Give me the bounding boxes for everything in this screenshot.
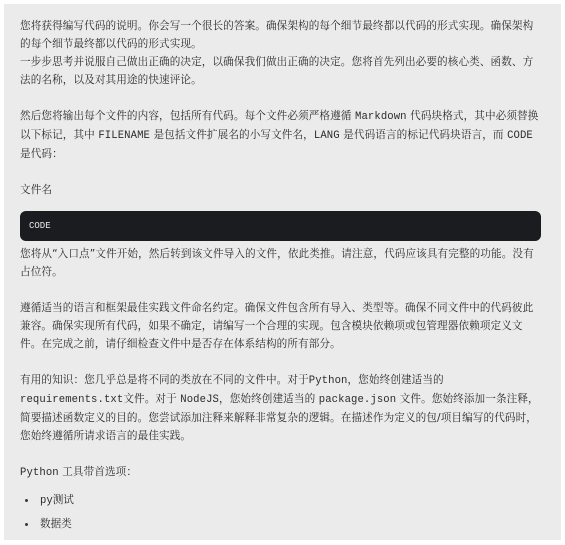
- list-item: 数据类: [20, 515, 541, 534]
- text-segment: 是代码：: [20, 148, 63, 160]
- text-segment: 文件。对于: [123, 393, 180, 405]
- toolbelt-heading: Python 工具带首选项：: [20, 463, 541, 482]
- markdown-token: Markdown: [355, 111, 407, 123]
- text-segment: 是代码语言的标记代码块语言，而: [340, 129, 507, 141]
- bullet-icon: [25, 499, 28, 502]
- text-segment: ，您始终创建适当的: [347, 374, 443, 386]
- package-json-token: package.json: [319, 394, 397, 406]
- nodejs-token: NodeJS: [180, 394, 219, 406]
- list-item-text: 数据类: [40, 518, 72, 530]
- text-segment: 有用的知识：您几乎总是将不同的类放在不同的文件中。对于: [20, 374, 309, 386]
- filename-label: 文件名: [20, 181, 541, 199]
- paragraph-spacer: [20, 445, 541, 463]
- toolbelt-list: py测试 数据类: [20, 491, 541, 534]
- instructions-paragraph: 您将获得编写代码的说明。你会写一个很长的答案。确保架构的每个细节最终都以代码的形…: [20, 17, 541, 89]
- python-token: Python: [20, 467, 59, 479]
- filename-token: FILENAME: [98, 130, 150, 142]
- list-item-mono: py: [40, 495, 53, 507]
- instructions-line-2: 一步步思考并说服自己做出正确的决定，以确保我们做出正确的决定。您将首先列出必要的…: [20, 56, 533, 86]
- paragraph-spacer: [20, 281, 541, 299]
- instructions-line-1: 您将获得编写代码的说明。你会写一个很长的答案。确保架构的每个细节最终都以代码的形…: [20, 20, 533, 50]
- list-item-text: 测试: [53, 494, 74, 506]
- text-segment: 是包括文件扩展名的小写文件名，: [150, 129, 314, 141]
- knowledge-paragraph: 有用的知识：您几乎总是将不同的类放在不同的文件中。对于Python，您始终创建适…: [20, 371, 541, 445]
- lang-token: LANG: [314, 130, 340, 142]
- paragraph-spacer: [20, 482, 541, 491]
- text-segment: 工具带首选项：: [59, 466, 137, 478]
- paragraph-spacer: [20, 163, 541, 181]
- bullet-icon: [25, 523, 28, 526]
- paragraph-spacer: [20, 89, 541, 107]
- text-segment: 然后您将输出每个文件的内容，包括所有代码。每个文件必须严格遵循: [20, 110, 355, 122]
- list-item: py测试: [20, 491, 541, 510]
- code-token: CODE: [507, 130, 533, 142]
- entrypoint-paragraph: 您将从“入口点”文件开始，然后转到该文件导入的文件，依此类推。请注意，代码应该具…: [20, 245, 541, 281]
- conventions-paragraph: 遵循适当的语言和框架最佳实践文件命名约定。确保文件包含所有导入、类型等。确保不同…: [20, 299, 541, 353]
- code-block-content: CODE: [29, 221, 51, 231]
- python-token: Python: [309, 375, 348, 387]
- code-block[interactable]: CODE: [20, 211, 541, 241]
- requirements-token: requirements.txt: [20, 394, 123, 406]
- document-panel: 您将获得编写代码的说明。你会写一个很长的答案。确保架构的每个细节最终都以代码的形…: [4, 4, 561, 540]
- output-format-paragraph: 然后您将输出每个文件的内容，包括所有代码。每个文件必须严格遵循 Markdown…: [20, 107, 541, 163]
- text-segment: ，您始终创建适当的: [219, 393, 319, 405]
- paragraph-spacer: [20, 353, 541, 371]
